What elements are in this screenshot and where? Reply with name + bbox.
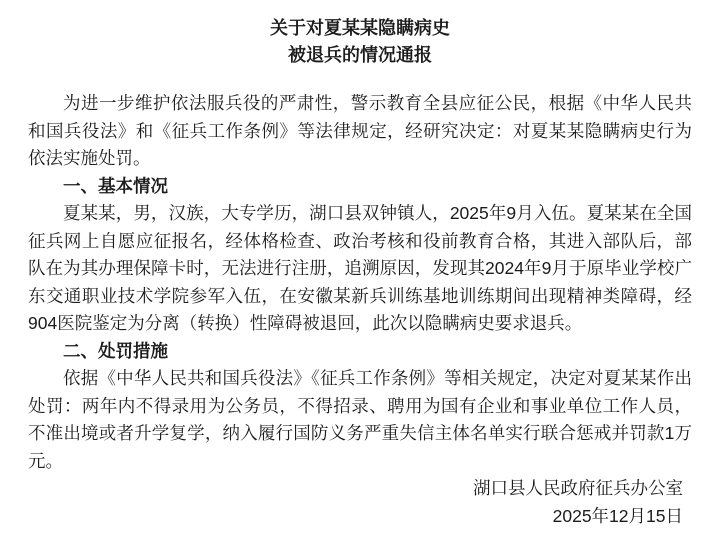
intro-paragraph: 为进一步维护依法服兵役的严肃性，警示教育全县应征公民，根据《中华人民共和国兵役法… (28, 90, 692, 173)
document-body: 为进一步维护依法服兵役的严肃性，警示教育全县应征公民，根据《中华人民共和国兵役法… (0, 90, 720, 475)
document-title-line-2: 被退兵的情况通报 (0, 42, 720, 69)
document-title: 关于对夏某某隐瞒病史 被退兵的情况通报 (0, 0, 720, 69)
signature-block: 湖口县人民政府征兵办公室 2025年12月15日 (473, 474, 683, 530)
section-1-paragraph: 夏某某，男，汉族，大专学历，湖口县双钟镇人，2025年9月入伍。夏某某在全国征兵… (28, 200, 692, 338)
section-2-paragraph: 依据《中华人民共和国兵役法》《征兵工作条例》等相关规定，决定对夏某某作出处罚：两… (28, 365, 692, 475)
section-1-heading: 一、基本情况 (28, 173, 692, 201)
issuing-authority: 湖口县人民政府征兵办公室 (473, 474, 683, 502)
document-title-line-1: 关于对夏某某隐瞒病史 (0, 15, 720, 42)
notice-document: 关于对夏某某隐瞒病史 被退兵的情况通报 为进一步维护依法服兵役的严肃性，警示教育… (0, 0, 720, 537)
issue-date: 2025年12月15日 (473, 502, 683, 530)
section-2-heading: 二、处罚措施 (28, 338, 692, 366)
